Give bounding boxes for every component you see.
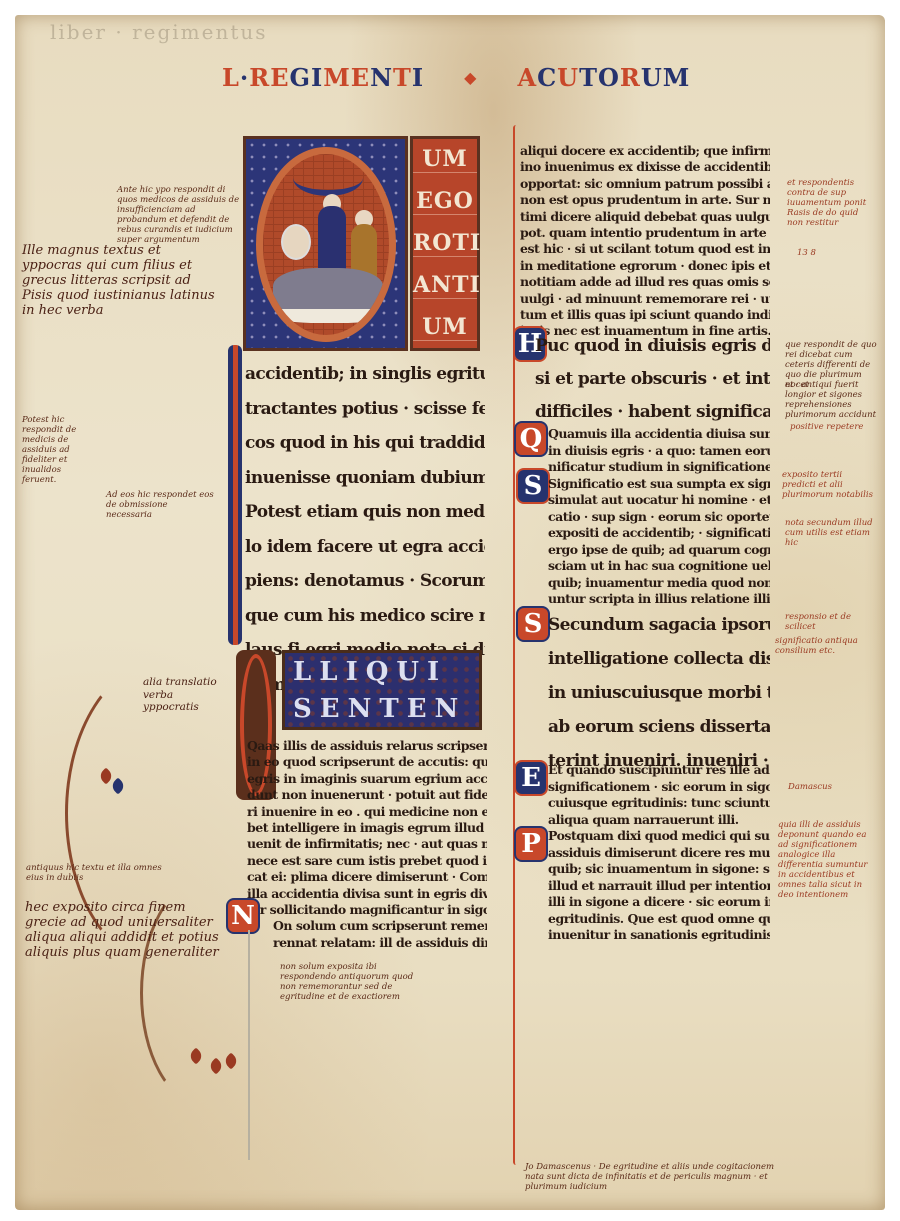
incipit-line: SENTEN [293,694,479,724]
gothic-arch [293,160,363,196]
text-line: notitiam adde ad illud res quas omis sci… [520,274,770,290]
text-line: que cum his medico scire nece est. [245,599,485,634]
initial-s: S [518,470,548,502]
initial-s-second: S [518,608,548,640]
running-head: L·REGIMENTI ◆ ACUTORUM [222,60,752,94]
margin-note: Damascus [788,782,858,792]
text-line: est hic · si ut scilant totum quod est i… [520,241,770,257]
text-line: Quamuis illa accidentia diuisa sunt [548,426,770,443]
text-line: uulgi · ad minuunt rememorare rei · uuli… [520,291,770,307]
margin-note: et · antiqui fuerit longior et sigones r… [785,380,880,420]
initial-oval-frame [256,147,396,342]
margin-note: exposito tertii predicti et alii plurimo… [782,470,877,500]
text-line: pot. quam intentio prudentum in arte sua… [520,225,770,241]
text-line: ri inuenire in eo . qui medicine non est… [247,804,487,820]
text-line: in uniuscuiusque morbi tipo: non nulla [548,676,770,710]
running-head-letter: M [663,63,691,92]
column-b-middle-text: Quamuis illa accidentia diuisa sunt in d… [548,426,770,608]
text-line: tum et illis quas ipi sciunt quando indi… [520,307,770,323]
running-head-letter: R [249,63,270,92]
text-line: lo idem facere ut egra accidentia peri [245,530,485,565]
column-b-bottom-text: Et quando suscipiuntur res ille ad signi… [548,762,770,944]
text-line: non est opus prudentum in arte. Sur non … [520,192,770,208]
margin-note: hec exposito circa finem grecie ad quod … [25,900,225,960]
running-head-letter: O [598,63,620,92]
text-line: intelligatione collecta discutiuntur [548,642,770,676]
patient-figure [281,224,311,260]
running-head-letter: I [412,63,424,92]
text-line: difficiles · habent significatione. [535,396,770,429]
margin-note: significatio antiqua consilium etc. [775,636,870,656]
text-line: Significatio est sua sumpta ex signis [548,476,770,493]
margin-note: antiquus hic textu et illa omnes eius in… [26,863,176,883]
incipit-line: ANTI [413,272,477,299]
text-line: untur scripta in illius relatione illis … [548,591,770,608]
text-line: simulat aut uocatur hi nomine · et signi… [548,492,770,509]
column-b-large-text-2: Secundum sagacia ipsorum in intelligatio… [548,608,770,778]
running-head-letter: T [393,63,412,92]
text-line: Puc quod in diuisis egris diui [535,330,770,363]
initial-q: Q [516,423,546,455]
running-head-letter: M [323,63,351,92]
text-line: cat ei: plima dicere dimiserunt · Compri… [247,869,487,885]
incipit-line: UM [413,146,477,173]
incipit-red-panel: UM EGO ROTI ANTI UM [410,136,480,351]
historiated-initial-miniature [243,136,408,351]
text-line: On solum cum scripserunt rememorare se [247,918,487,934]
running-head-letter: N [370,63,393,92]
running-head-letter: · [240,63,249,92]
text-line: aliqua quam narrauerunt illi. [548,812,770,829]
margin-note: Ad eos hic respondet eos de obmissione n… [106,490,216,520]
text-line: ter sollicitando magnificantur in sigone… [247,902,487,918]
running-head-letter: R [620,63,641,92]
running-head-left: L·REGIMENTI [222,63,424,92]
running-head-letter: E [270,63,289,92]
margin-note: Ille magnus textus et yppocras qui cum f… [22,243,222,318]
text-line: nificatur studium in significatione · [548,459,770,476]
running-head-letter: G [289,63,311,92]
margin-note: responsio et de scilicet [785,612,880,632]
running-head-separator: ◆ [464,68,477,87]
text-line: in eo quod scripserunt de accutis: que i… [247,754,487,770]
faint-shelfmark: liber · regimentus [50,20,268,44]
margin-note: et respondentis contra de sup iuuamentum… [787,178,877,228]
running-head-letter: L [222,63,240,92]
margin-note: quia illi de assiduis deponunt quando ea… [778,820,878,900]
text-line: nece est sare cum istis prebet quod infi… [247,853,487,869]
text-line: illa accidentia divisa sunt in egris div… [247,886,487,902]
text-line: ab eorum sciens dissertationis po [548,710,770,744]
text-line: quib; sic inuamentum in sigone: sequitur… [548,861,770,878]
text-line: illi in sigone a dicere · sic eorum in s… [548,894,770,911]
text-line: Qaas illis de assiduis relarus scripseru… [247,738,487,754]
text-line: Secundum sagacia ipsorum in [548,608,770,642]
text-line: Et quando suscipiuntur res ille ad [548,762,770,779]
text-line: illud et narrauit illud per intentionem … [548,878,770,895]
text-line: inuenitur in sanationis egritudinis exac… [548,927,770,944]
text-line: egris in imaginis suarum egrium acci [247,771,487,787]
text-line: Potest etiam quis non medicus quis [245,495,485,530]
margin-note: alia translatio verba yppocratis [143,676,223,714]
initial-p: P [516,828,546,860]
incipit-line: EGO [413,188,477,215]
text-line: in meditatione egrorum · donec ipis et i… [520,258,770,274]
margin-note: Jo Damascenus · De egritudine et aliis u… [525,1162,785,1192]
text-line: aliqui docere ex accidentib; que infirmu… [520,143,770,159]
running-head-letter: C [537,63,557,92]
text-line: quib; inuamentur media quod non omnis in… [548,575,770,592]
initial-e: E [516,762,546,794]
bed-coverlet [273,268,383,313]
running-head-letter: T [579,63,598,92]
running-head-letter: A [517,63,537,92]
text-line: piens: denotamus · Scorum etiam [245,564,485,599]
text-line: sciam ut in hac sua cognitione uel exact… [548,558,770,575]
text-line: in diuisis egris · a quo: tamen eorum ma… [548,443,770,460]
text-line: ergo ipse de quib; ad quarum cognitionem… [548,542,770,559]
text-line: dunt non inuenerunt · potuit aut fide [247,787,487,803]
text-line: inuenisse quoniam dubium non est [245,461,485,496]
column-a-small-text: Qaas illis de assiduis relarus scripseru… [247,738,487,951]
text-line: significationem · sic eorum in sigone un… [548,779,770,796]
text-line: catio · sup sign · eorum sic oportet in … [548,509,770,526]
text-line: uenit de infirmitatis; nec · aut quas me… [247,836,487,852]
margin-note: Potest hic respondit de medicis de assid… [22,415,92,485]
text-line: opportat: sic omnium patrum possibi aut … [520,176,770,192]
text-line: cos quod in his qui traddiderunt [245,426,485,461]
text-line: expositi de accidentib; · significationi… [548,525,770,542]
text-line: assiduis dimiserunt dicere res multas [548,845,770,862]
incipit-blue-panel: LLIQUI SENTEN [282,650,482,730]
incipit-line: UM [413,314,477,341]
running-head-right: ACUTORUM [517,63,690,92]
margin-note: positive repetere [790,422,880,432]
margin-note: 13 8 [797,248,837,258]
text-line: egritudinis. Que est quod omne quod sic … [548,911,770,928]
running-head-letter: E [351,63,370,92]
text-line: si et parte obscuris · et intelligi [535,363,770,396]
running-head-letter: U [641,63,663,92]
text-line: rennat relatam: ill de assiduis dimiseru… [247,935,487,951]
text-line: bet intelligere in imagis egrum illud qu… [247,820,487,836]
text-line: tractantes potius · scisse fetiment [245,392,485,427]
margin-note: Ante hic ypo respondit di quos medicos d… [117,185,247,245]
margin-note: nota secundum illud cum utilis est etiam… [785,518,875,548]
bed-sheet [277,309,382,323]
text-line: Postquam dixi quod medici qui sunt de il… [548,828,770,845]
text-line: timi dicere aliquid debebat quas uulgus … [520,209,770,225]
text-line: cuiusque egritudinis: tunc sciuntur ex e… [548,795,770,812]
column-b-top-text: aliqui docere ex accidentib; que infirmu… [520,143,770,340]
incipit-line: LLIQUI [293,657,479,687]
column-b-large-text-1: Puc quod in diuisis egris diui si et par… [535,330,770,429]
incipit-line: ROTI [413,230,477,257]
margin-note: non solum exposita ibi respondendo antiq… [280,962,430,1002]
initial-stem-bar [228,345,242,645]
running-head-letter: I [311,63,323,92]
text-line: accidentib; in singlis egritudinib; [245,357,485,392]
running-head-letter: U [557,63,579,92]
text-line: ino inuenimus ex dixisse de accidentib; … [520,159,770,175]
